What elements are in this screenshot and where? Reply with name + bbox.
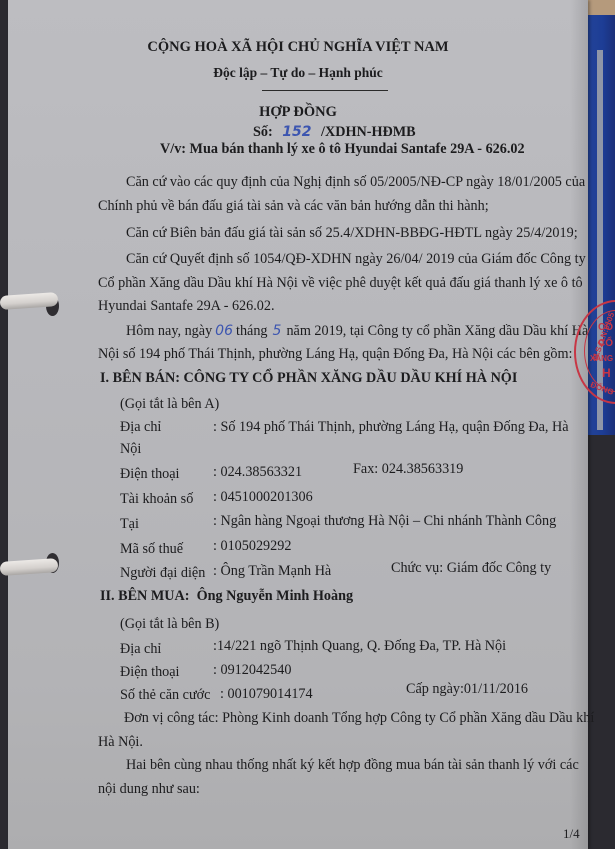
preamble-decree: Căn cứ vào các quy định của Nghị định số…	[126, 174, 585, 191]
motto-underline	[262, 90, 388, 91]
seller-heading: I. BÊN BÁN: CÔNG TY CỔ PHẦN XĂNG DẦU DẦU…	[100, 370, 517, 387]
preamble-date: Hôm nay, ngày06tháng5năm 2019, tại Công …	[126, 323, 588, 340]
seller-address: : Số 194 phố Thái Thịnh, phường Láng Hạ,…	[213, 419, 569, 436]
buyer-id-number: : 001079014174	[220, 686, 313, 703]
buyer-address: :14/221 ngõ Thịnh Quang, Q. Đống Đa, TP.…	[213, 638, 506, 655]
seller-tax-code: : 0105029292	[213, 538, 291, 555]
seller-position: Chức vụ: Giám đốc Công ty	[391, 560, 551, 577]
preamble-decision: Căn cứ Quyết định số 1054/QĐ-XDHN ngày 2…	[126, 251, 586, 268]
seller-representative: : Ông Trần Mạnh Hà	[213, 563, 331, 580]
seller-bank: : Ngân hàng Ngoại thương Hà Nội – Chi nh…	[213, 513, 556, 530]
national-title: CỘNG HOÀ XÃ HỘI CHỦ NGHĨA VIỆT NAM	[8, 39, 588, 56]
seller-alias: (Gọi tắt là bên A)	[120, 396, 219, 413]
seller-phone: : 024.38563321	[213, 464, 302, 481]
buyer-id-issued: Cấp ngày:01/11/2016	[406, 681, 528, 698]
handwritten-month: 5	[273, 323, 282, 339]
buyer-workplace: Đơn vị công tác: Phòng Kinh doanh Tổng h…	[124, 710, 594, 727]
contract-number: Số: 152 /XDHN-HĐMB	[253, 124, 416, 141]
seller-fax: Fax: 024.38563319	[353, 461, 463, 478]
preamble-auction-minutes: Căn cứ Biên bản đấu giá tài sản số 25.4/…	[126, 225, 578, 242]
handwritten-number: 152	[282, 124, 311, 140]
buyer-phone: : 0912042540	[213, 662, 291, 679]
handwritten-day: 06	[215, 323, 233, 339]
document-type: HỢP ĐỒNG	[8, 104, 588, 121]
page-number: 1/4	[563, 826, 580, 842]
buyer-heading: II. BÊN MUA: Ông Nguyễn Minh Hoàng	[100, 588, 353, 605]
buyer-name: Ông Nguyễn Minh Hoàng	[197, 588, 354, 604]
closing-statement: Hai bên cùng nhau thống nhất ký kết hợp …	[126, 757, 579, 774]
buyer-alias: (Gọi tắt là bên B)	[120, 616, 219, 633]
document-body: CỘNG HOÀ XÃ HỘI CHỦ NGHĨA VIỆT NAM Độc l…	[8, 0, 588, 849]
national-motto: Độc lập – Tự do – Hạnh phúc	[8, 65, 588, 81]
contract-page: CỘNG HOÀ XÃ HỘI CHỦ NGHĨA VIỆT NAM Độc l…	[8, 0, 588, 849]
seller-account: : 0451000201306	[213, 489, 313, 506]
contract-subject: V/v: Mua bán thanh lý xe ô tô Hyundai Sa…	[160, 141, 525, 158]
